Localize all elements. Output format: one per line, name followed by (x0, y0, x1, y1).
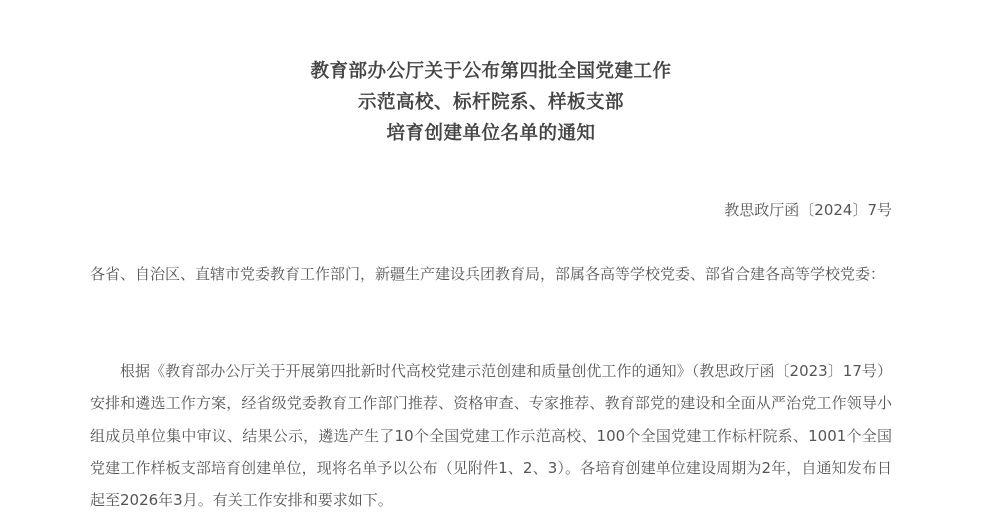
title-line-3: 培育创建单位名单的通知 (90, 118, 892, 149)
title-line-2: 示范高校、标杆院系、样板支部 (90, 87, 892, 118)
addressee: 各省、自治区、直辖市党委教育工作部门，新疆生产建设兵团教育局，部属各高等学校党委… (90, 258, 892, 290)
document-title: 教育部办公厅关于公布第四批全国党建工作 示范高校、标杆院系、样板支部 培育创建单… (90, 56, 892, 149)
title-line-1: 教育部办公厅关于公布第四批全国党建工作 (90, 56, 892, 87)
body-paragraph: 根据《教育部办公厅关于开展第四批新时代高校党建示范创建和质量创优工作的通知》（教… (90, 355, 892, 516)
document-number: 教思政厅函〔2024〕7号 (724, 198, 892, 222)
